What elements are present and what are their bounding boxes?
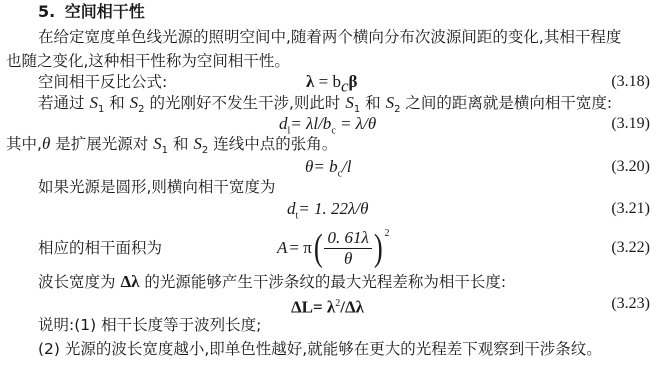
eq-rhs: = b (313, 157, 337, 176)
eq-rest: /l (342, 157, 351, 176)
fraction: 0. 61λ θ (324, 228, 371, 269)
eq-lhs: d (279, 114, 288, 133)
equation-number-3-21: (3.21) (611, 199, 650, 219)
intro-line-2: 也随之变化,这种相干性称为空间相干性。 (6, 51, 290, 71)
denominator: θ (324, 249, 371, 269)
text: 和 (168, 135, 193, 153)
exponent: 2 (385, 224, 390, 244)
text: 和 (104, 94, 129, 112)
equation-number-3-20: (3.20) (611, 157, 650, 177)
equation-number-3-19: (3.19) (611, 114, 650, 134)
symbol-s2: S (130, 93, 139, 112)
left-paren: ( (314, 228, 323, 268)
numerator: 0. 61λ (324, 228, 371, 249)
right-paren: ) (374, 228, 383, 268)
eq-rest: /Δλ (340, 298, 364, 317)
eq-rhs: = λ (313, 298, 335, 317)
eq-lhs: ΔL (291, 298, 313, 317)
equation-3-20: θ= bc/l (305, 157, 352, 184)
section-title: 空间相干性 (65, 2, 145, 21)
eq-rhs: = π (289, 238, 311, 258)
note-1: 说明:(1) 相干长度等于波列长度; (38, 315, 261, 335)
text: 波长宽度为 (38, 273, 120, 291)
intro-line-1: 在给定宽度单色线光源的照明空间中,随着两个横向分布次波源间距的变化,其相干程度 (38, 27, 621, 47)
text: 连线中点的张角。 (208, 135, 337, 153)
eq-rhs: = λl/b (290, 114, 331, 133)
eq-rhs: = b (319, 72, 341, 91)
text: 的光源能够产生干涉条纹的最大光程差称为相干长度: (139, 273, 506, 291)
equation-3-23: ΔL= λ2/Δλ (291, 294, 364, 318)
coherence-area-label: 相应的相干面积为 (38, 238, 162, 258)
symbol-delta-lambda: Δλ (120, 272, 139, 291)
equation-number-3-22: (3.22) (611, 238, 650, 258)
equation-3-22: A = π ( 0. 61λ θ ) 2 (277, 222, 390, 274)
symbol-s2: S (193, 134, 202, 153)
inverse-formula-label: 空间相干反比公式: (38, 72, 167, 92)
text: 若通过 (38, 94, 89, 112)
text: 是扩展光源对 (50, 135, 153, 153)
note-2: (2) 光源的波长宽度越小,即单色性越好,就能够在更大的光程差下观察到干涉条纹。 (38, 339, 602, 359)
text: 之间的距离就是横向相干宽度: (400, 94, 612, 112)
text: 的光刚好不发生干涉,则此时 (145, 94, 346, 112)
symbol-s1: S (153, 134, 162, 153)
symbol-s2: S (386, 93, 395, 112)
eq-lhs: d (287, 199, 296, 218)
coherence-length-sentence: 波长宽度为 Δλ 的光源能够产生干涉条纹的最大光程差称为相干长度: (38, 272, 506, 292)
section-heading: 5. 空间相干性 (38, 2, 145, 22)
equation-number-3-23: (3.23) (611, 294, 650, 314)
section-number: 5. (38, 2, 55, 21)
eq-lhs: A (277, 238, 287, 258)
eq-rest: β (349, 72, 358, 91)
eq-rest: = λ/θ (336, 114, 376, 133)
symbol-s1: S (345, 93, 354, 112)
theta-definition-sentence: 其中,θ 是扩展光源对 S1 和 S2 连线中点的张角。 (6, 134, 337, 161)
circular-source-sentence: 如果光源是圆形,则横向相干宽度为 (38, 177, 275, 197)
text: 和 (360, 94, 385, 112)
eq-lhs: λ (306, 72, 314, 91)
equation-number-3-18: (3.18) (611, 72, 650, 92)
eq-rhs: = 1. 22λ/θ (298, 199, 368, 218)
text: 其中, (6, 135, 42, 153)
symbol-s1: S (89, 93, 98, 112)
